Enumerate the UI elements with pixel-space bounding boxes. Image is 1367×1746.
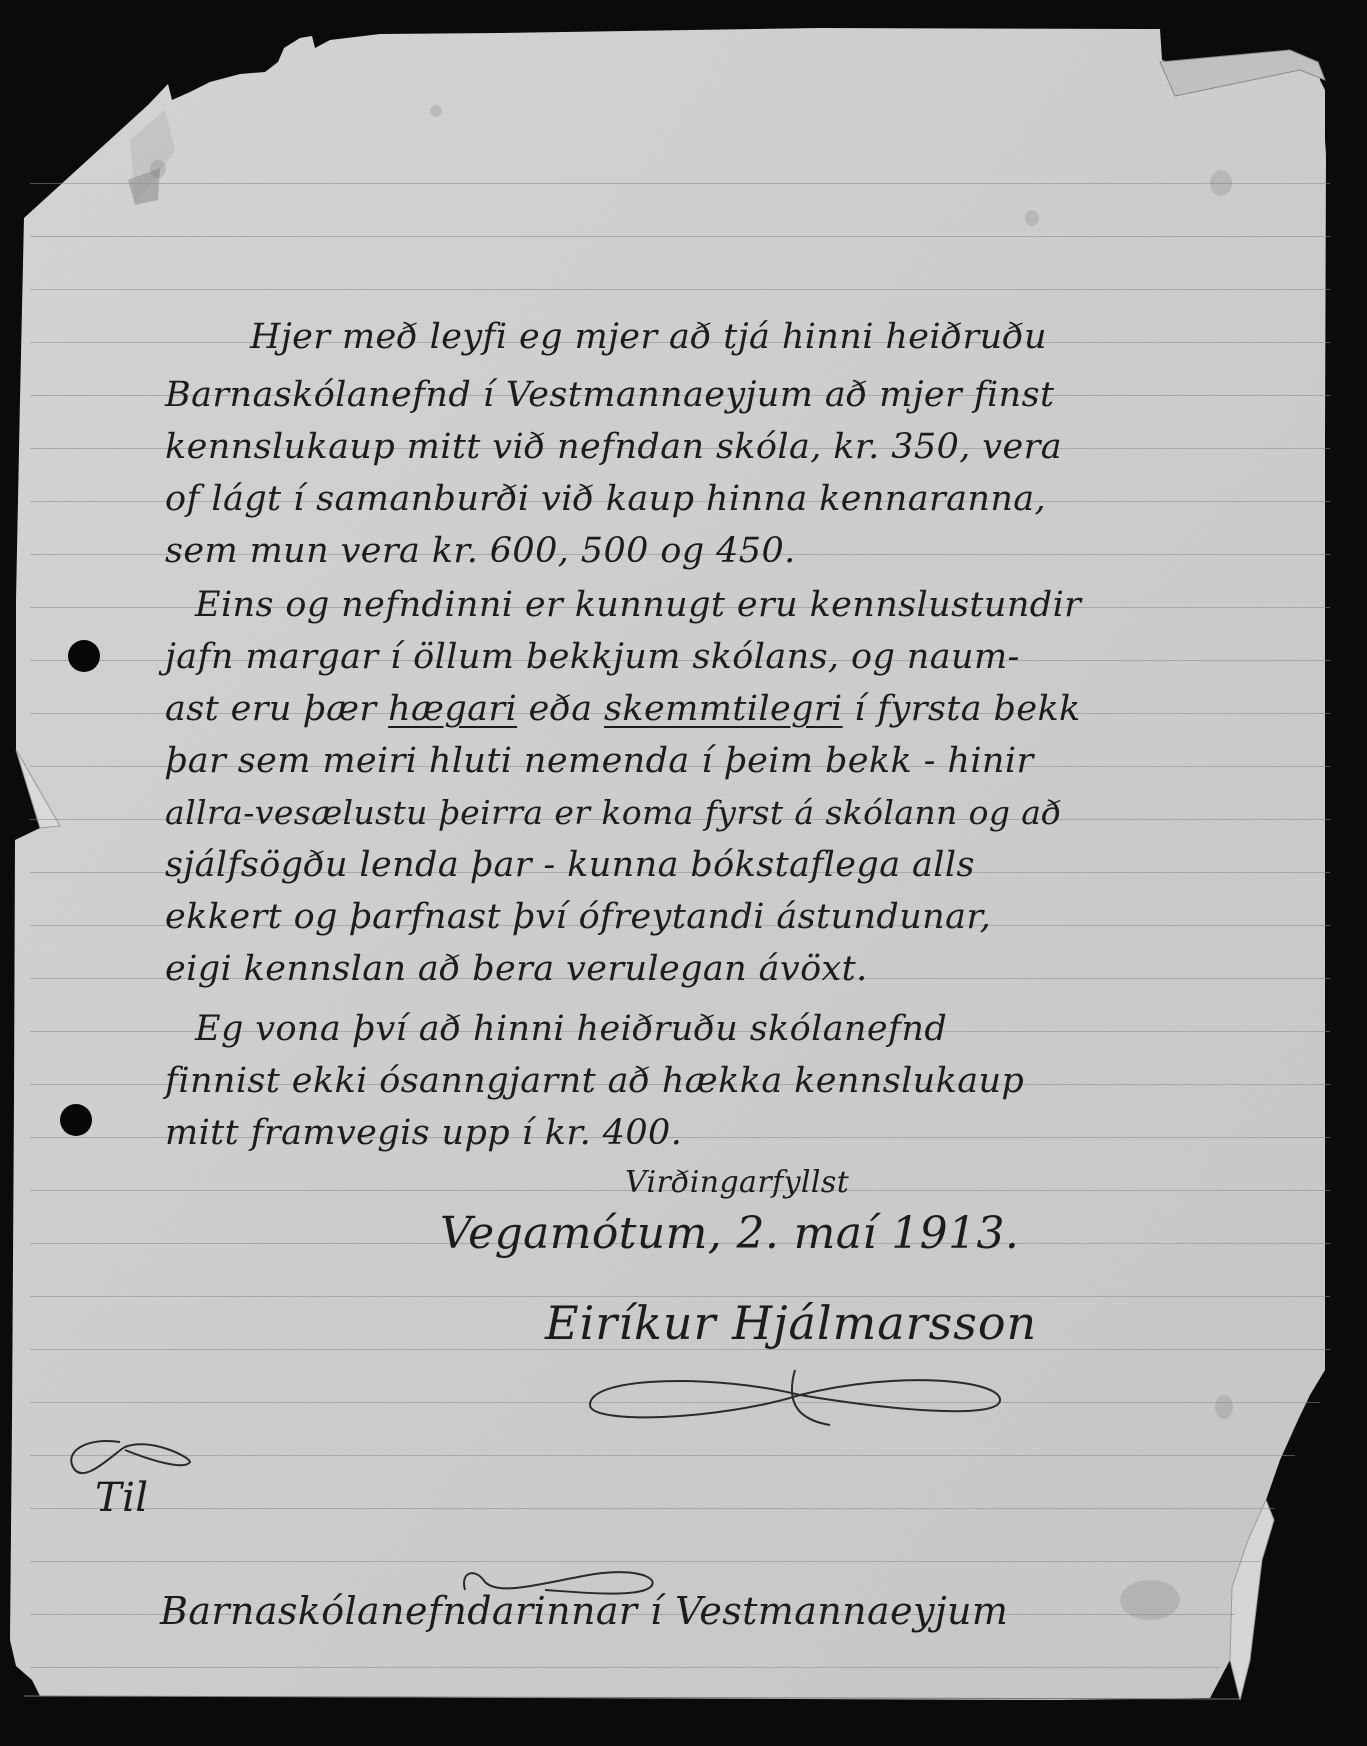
letter-line: sem mun vera kr. 600, 500 og 450. <box>165 534 796 569</box>
punch-hole <box>60 1104 92 1136</box>
letter-line: Eg vona því að hinni heiðruðu skólanefnd <box>195 1012 947 1047</box>
recipient-flourish <box>455 1562 675 1602</box>
text-segment: ast eru þær <box>165 689 388 729</box>
letter-line: Eins og nefndinni er kunnugt eru kennslu… <box>195 588 1081 623</box>
address-to-label: Til <box>95 1478 148 1518</box>
letter-line-with-emphasis: ast eru þær hægari eða skemmtilegri í fy… <box>165 692 1081 727</box>
letter-line: allra-vesælustu þeirra er koma fyrst á s… <box>165 796 1062 829</box>
ruled-line <box>30 1455 1295 1456</box>
paper-stain <box>1210 170 1232 196</box>
letter-line: Barnaskólanefnd í Vestmannaeyjum að mjer… <box>165 378 1054 413</box>
letter-line: eigi kennslan að bera verulegan ávöxt. <box>165 952 868 987</box>
paper-stain <box>430 105 442 117</box>
letter-line: of lágt í samanburði við kaup hinna kenn… <box>165 482 1046 517</box>
letter-line: ekkert og þarfnast því ófreytandi ástund… <box>165 900 991 935</box>
paper-stain <box>1215 1395 1233 1419</box>
letter-line: Hjer með leyfi eg mjer að tjá hinni heið… <box>250 320 1047 355</box>
ruled-line <box>30 1508 1275 1509</box>
paper-stain <box>1120 1580 1180 1620</box>
letter-line: kennslukaup mitt við nefndan skóla, kr. … <box>165 430 1062 465</box>
closing-salutation: Virðingarfyllst <box>625 1168 849 1198</box>
signature-flourish <box>570 1365 1070 1445</box>
ruled-line <box>30 183 1330 184</box>
punch-hole <box>68 640 100 672</box>
text-segment: eða <box>517 689 604 729</box>
ruled-line <box>30 236 1330 237</box>
place-and-date: Vegamótum, 2. maí 1913. <box>440 1212 1019 1256</box>
text-segment: í fyrsta bekk <box>843 689 1081 729</box>
letter-line: þar sem meiri hluti nemenda í þeim bekk … <box>165 744 1034 779</box>
letter-line: finnist ekki ósanngjarnt að hækka kennsl… <box>165 1064 1024 1099</box>
letter-line: sjálfsögðu lenda þar - kunna bókstaflega… <box>165 848 975 883</box>
ruled-line <box>30 289 1330 290</box>
paper-stain <box>150 160 166 178</box>
underlined-word: skemmtilegri <box>604 689 843 729</box>
scanned-letter-page: Hjer með leyfi eg mjer að tjá hinni heið… <box>0 0 1367 1746</box>
letter-line: mitt framvegis upp í kr. 400. <box>165 1116 682 1151</box>
paper-stain <box>1025 210 1039 226</box>
underlined-word: hægari <box>388 689 517 729</box>
letter-line: jafn margar í öllum bekkjum skólans, og … <box>165 640 1020 675</box>
ruled-line <box>30 1667 1220 1668</box>
signature: Eiríkur Hjálmarsson <box>545 1300 1037 1346</box>
